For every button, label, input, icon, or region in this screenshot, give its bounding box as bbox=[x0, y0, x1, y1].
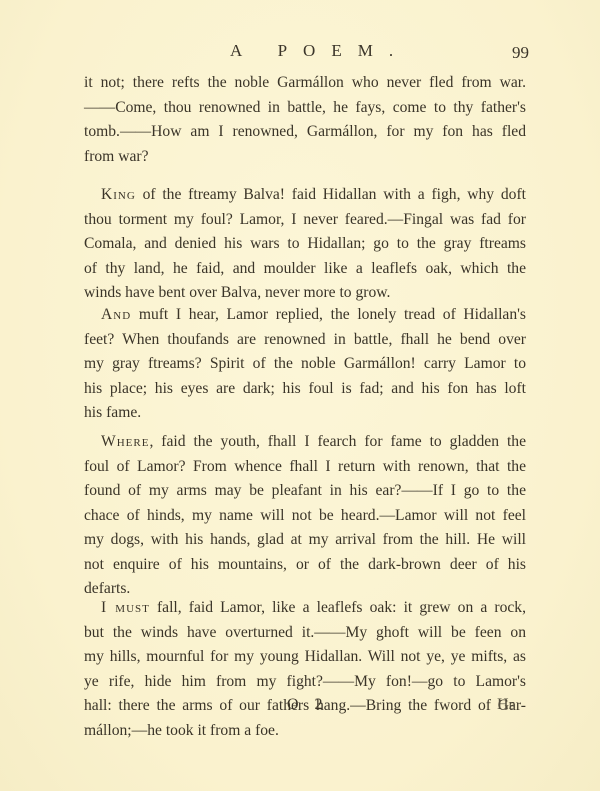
text-line: his fame. bbox=[84, 401, 526, 426]
text-line: ye rife, hide him from my fight?——My fon… bbox=[84, 670, 526, 695]
text-line: King of the ftreamy Balva! faid Hidallan… bbox=[84, 183, 526, 208]
text-line: my hills, mournful for my young Hidallan… bbox=[84, 645, 526, 670]
text-line: it not; there refts the noble Garmállon … bbox=[84, 71, 526, 96]
text-line: of thy land, he faid, and moulder like a… bbox=[84, 257, 526, 282]
text-line: thou torment my foul? Lamor, I never fea… bbox=[84, 208, 526, 233]
catchword: He bbox=[497, 696, 515, 714]
text-line: Comala, and denied his wars to Hidallan;… bbox=[84, 232, 526, 257]
text-line: my gray ftreams? Spirit of the noble Gar… bbox=[84, 352, 526, 377]
page-footer: O 2 He bbox=[0, 696, 600, 720]
text-line: from war? bbox=[84, 145, 526, 170]
text-line: tomb.——How am I renowned, Garmállon, for… bbox=[84, 120, 526, 145]
text-line: mállon;—he took it from a foe. bbox=[84, 719, 526, 744]
text-line: I must fall, faid Lamor, like a leaflefs… bbox=[84, 596, 526, 621]
text-line: Where, faid the youth, fhall I fearch fo… bbox=[84, 430, 526, 455]
text-line: And muft I hear, Lamor replied, the lone… bbox=[84, 303, 526, 328]
page-number: 99 bbox=[512, 43, 529, 63]
text-line: foul of Lamor? From whence fhall I retur… bbox=[84, 455, 526, 480]
lead-word: King bbox=[101, 186, 136, 203]
paragraph-i-must: I must fall, faid Lamor, like a leaflefs… bbox=[84, 596, 526, 743]
text-line: not enquire of his mountains, or of the … bbox=[84, 553, 526, 578]
text-line: winds have bent over Balva, never more t… bbox=[84, 281, 526, 306]
text-line: but the winds have overturned it.——My gh… bbox=[84, 621, 526, 646]
paragraph-and: And muft I hear, Lamor replied, the lone… bbox=[84, 303, 526, 426]
running-title: A POEM. bbox=[230, 41, 409, 61]
lead-word: And bbox=[101, 306, 131, 323]
text-line: chace of hinds, my name will not be hear… bbox=[84, 504, 526, 529]
lead-word: I must bbox=[101, 599, 150, 616]
book-page: A POEM. 99 it not; there refts the noble… bbox=[0, 0, 600, 791]
paragraph-continuation: it not; there refts the noble Garmállon … bbox=[84, 71, 526, 169]
running-head: A POEM. 99 bbox=[0, 41, 600, 65]
text-line: his place; his eyes are dark; his foul i… bbox=[84, 377, 526, 402]
signature-mark: O 2 bbox=[287, 696, 329, 714]
paragraph-king: King of the ftreamy Balva! faid Hidallan… bbox=[84, 183, 526, 306]
text-line: feet? When thoufands are renowned in bat… bbox=[84, 328, 526, 353]
text-line: ——Come, thou renowned in battle, he fays… bbox=[84, 96, 526, 121]
paragraph-where: Where, faid the youth, fhall I fearch fo… bbox=[84, 430, 526, 602]
text-line: my dogs, with his hands, glad at my arri… bbox=[84, 528, 526, 553]
lead-word: Where bbox=[101, 433, 149, 450]
text-line: found of my arms may be pleafant in his … bbox=[84, 479, 526, 504]
